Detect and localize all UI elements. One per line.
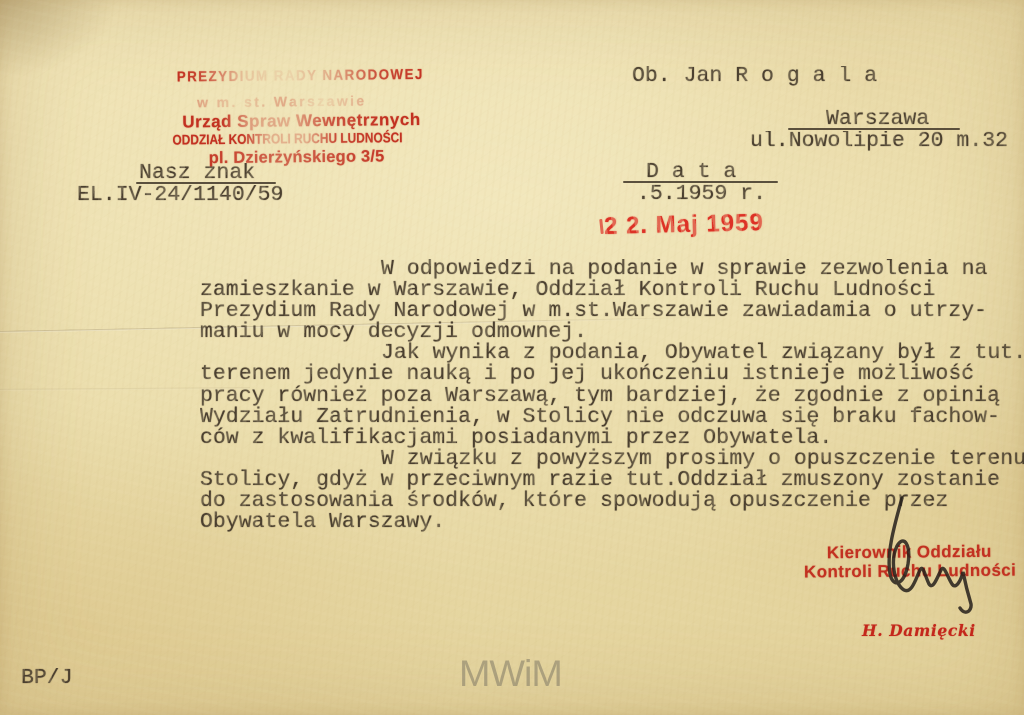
body-line: terenem jedynie nauką i po jej ukończeni… — [200, 364, 1024, 385]
sender-stamp: PREZYDIUM RADY NARODOWEJ w m. st. Warsza… — [0, 0, 1024, 5]
sender-stamp-line1: PREZYDIUM RADY NARODOWEJ — [177, 67, 424, 86]
body-line: ców z kwalifikacjami posiadanymi przez O… — [200, 428, 1024, 449]
watermark: MWiM — [459, 653, 562, 695]
dispatch-code: BP/J — [21, 668, 73, 689]
body-line: Wydziału Zatrudnienia, w Stolicy nie odc… — [200, 407, 1024, 428]
date-label: D a t a — [646, 162, 736, 183]
reference-label: Nasz znak — [139, 163, 255, 184]
body-line: Stolicy, gdyż w przeciwnym razie tut.Odd… — [200, 470, 1024, 491]
body-line: W odpowiedzi na podanie w sprawie zezwol… — [200, 259, 1024, 280]
recipient-city: Warszawa — [826, 109, 929, 130]
body-line: pracy również poza Warszawą, tym bardzie… — [200, 386, 1024, 407]
signature-title-stamp: Kierownik Oddziału Kontroli Ruchu Ludnoś… — [0, 0, 1024, 4]
date-typed: .5.1959 r. — [637, 184, 766, 205]
reference-number: EL.IV-24/1140/59 — [77, 185, 283, 206]
body-line: W związku z powyższym prosimy o opuszcze… — [200, 449, 1024, 470]
recipient-address: ul.Nowolipie 20 m.32 — [750, 131, 1008, 152]
signer-name: H. Damięcki — [862, 621, 976, 640]
sender-stamp-line4: ODDZIAŁ KONTROLI RUCHU LUDNOŚCI — [172, 129, 402, 147]
recipient-name: Ob. Jan R o g a l a — [632, 66, 877, 87]
document-page: PREZYDIUM RADY NARODOWEJ w m. st. Warsza… — [0, 0, 1024, 715]
handwritten-signature — [852, 490, 997, 630]
date-received-stamp: 2 2. Maj 1959 — [604, 209, 764, 241]
sender-stamp-line2: w m. st. Warszawie — [197, 93, 367, 111]
